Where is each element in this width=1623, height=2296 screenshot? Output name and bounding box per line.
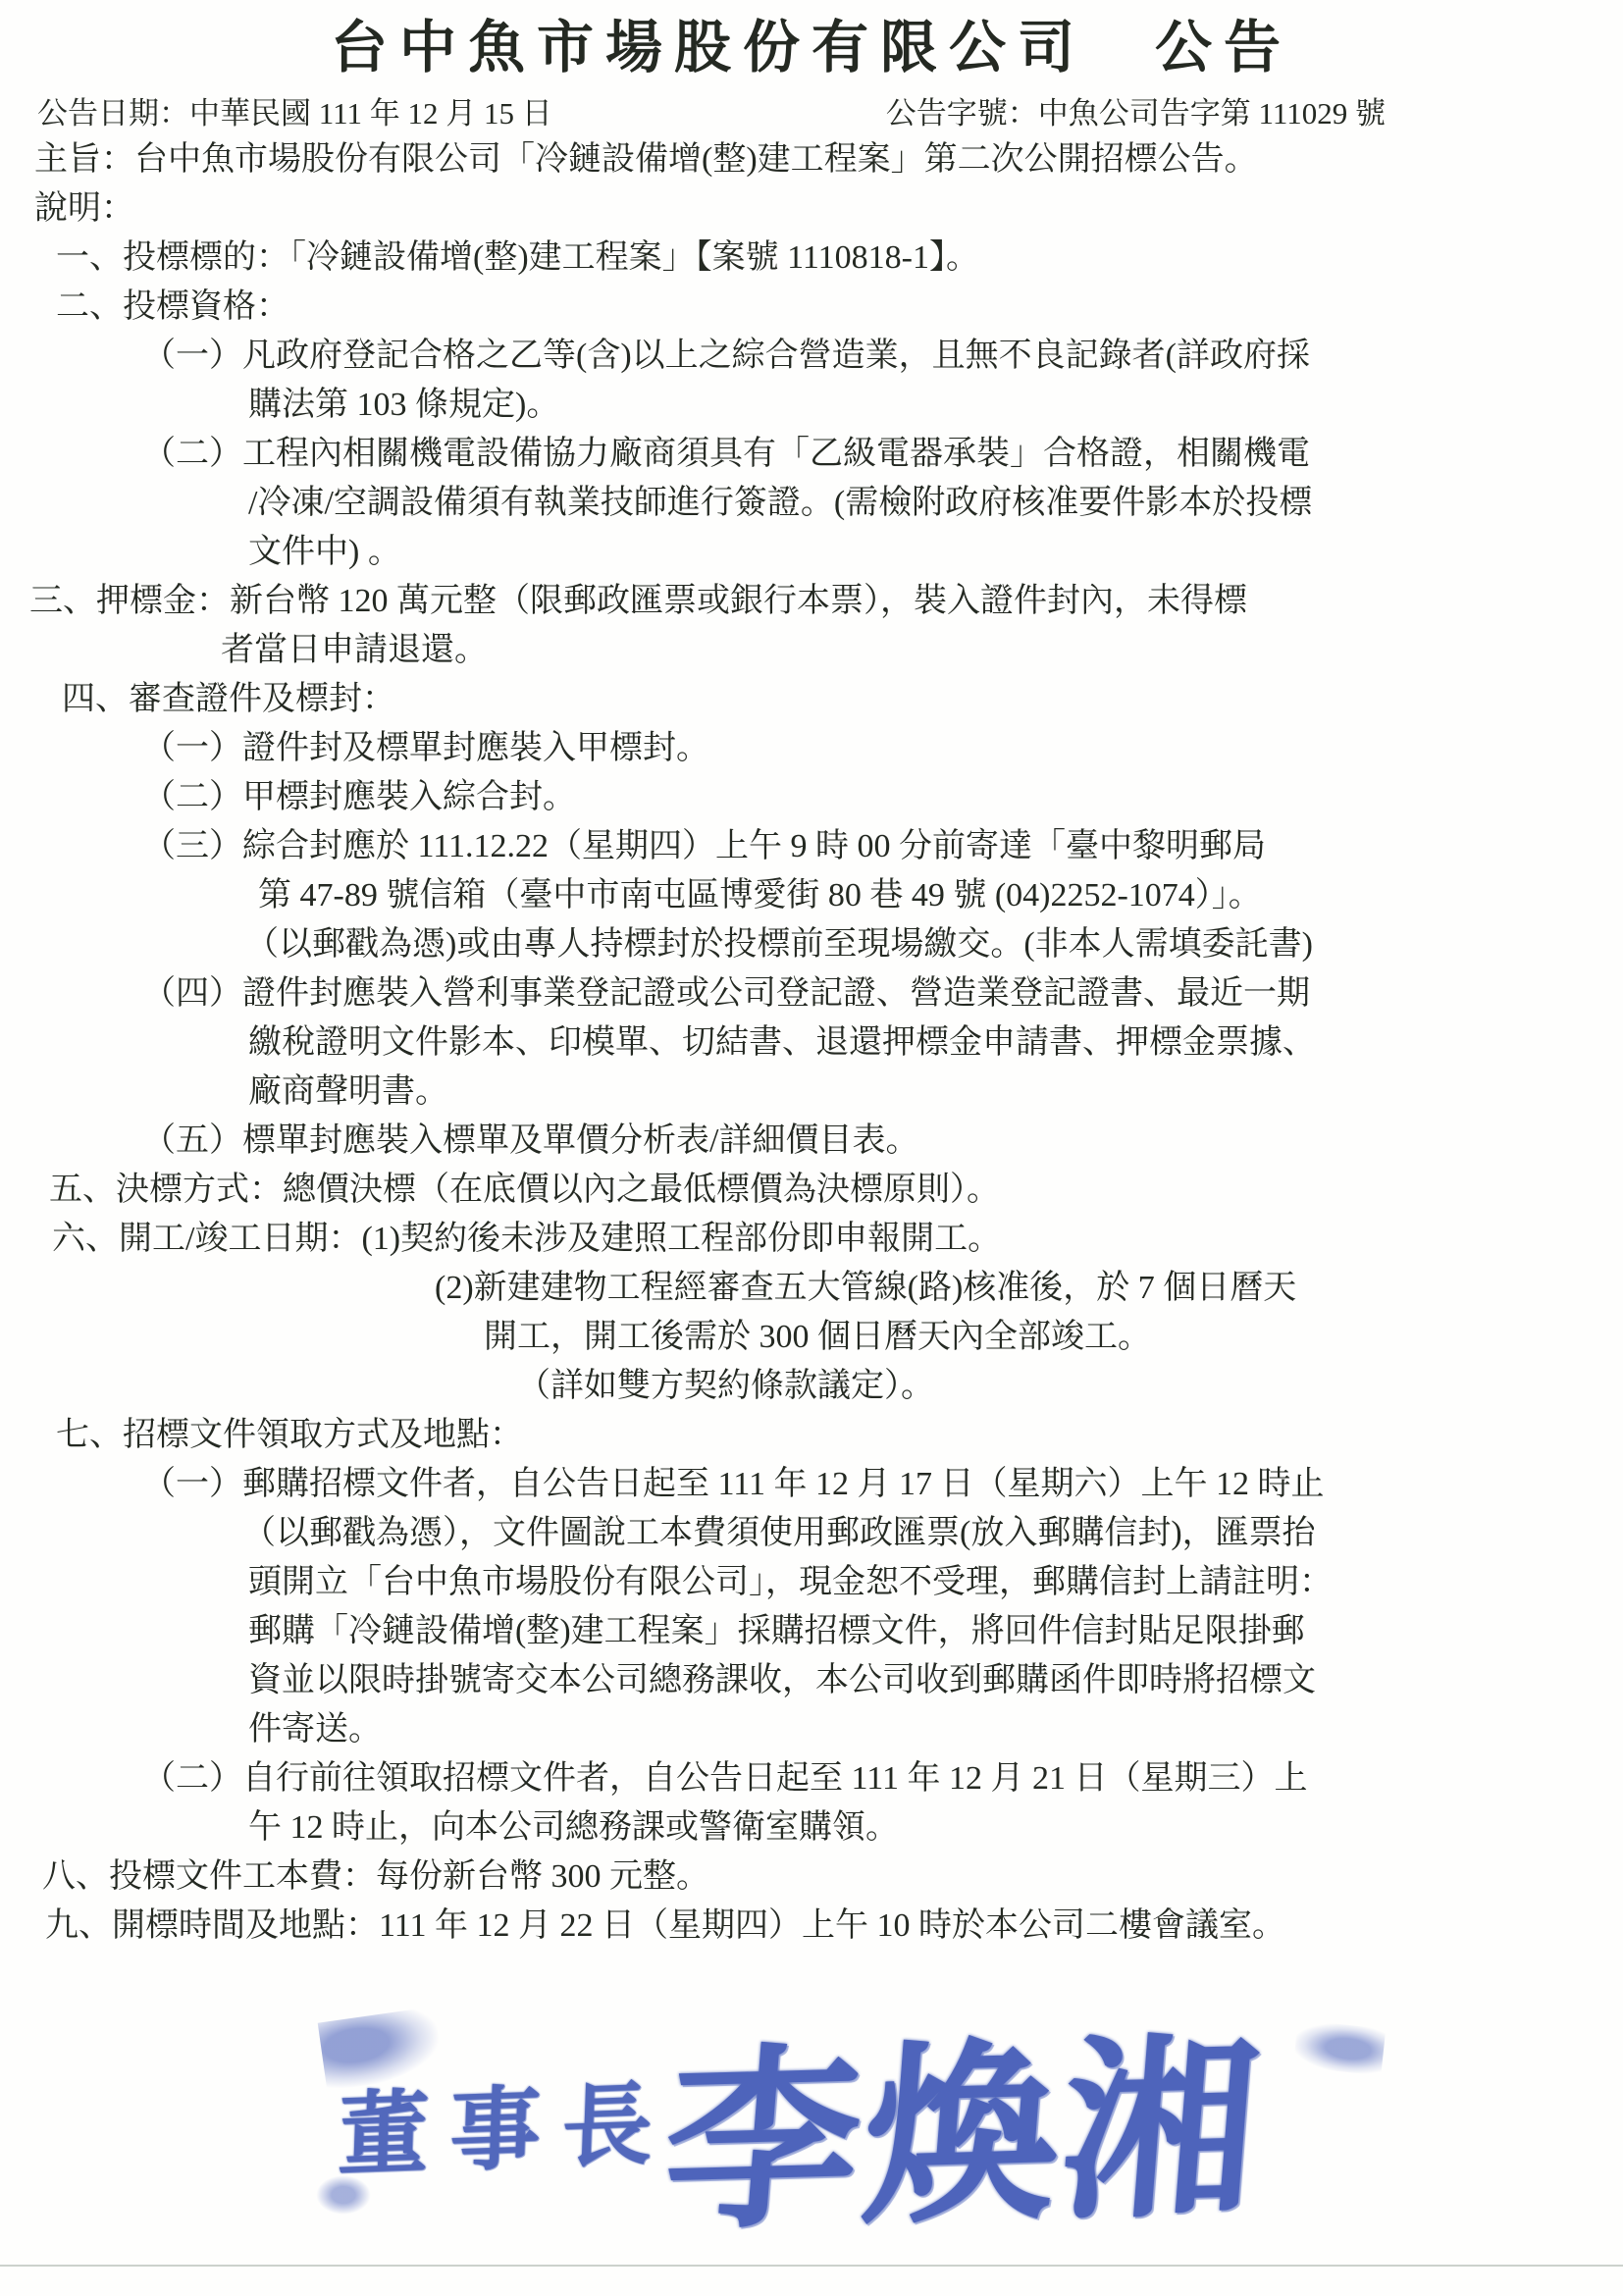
doc-line-item-4-4: （四）證件封應裝入營利事業登記證或公司登記證、營造業登記證書、最近一期 [0, 969, 1623, 1018]
doc-line-item-2-1b: 購法第 103 條規定)。 [0, 381, 1623, 430]
stamp-chairman-name: 李煥湘 [656, 1971, 1273, 2268]
doc-line-item-1: 一、投標標的：「冷鏈設備增(整)建工程案」【案號 1110818-1】。 [0, 234, 1623, 283]
doc-line-item-8: 八、投標文件工本費：每份新台幣 300 元整。 [0, 1852, 1623, 1902]
doc-line-item-4-3: （三）綜合封應於 111.12.22（星期四）上午 9 時 00 分前寄達「臺中… [0, 822, 1623, 871]
announcement-document: 台中魚市場股份有限公司 公告 公告日期：中華民國 111 年 12 月 15 日… [0, 0, 1623, 2296]
chairman-stamp: 董事長 李煥湘 [314, 1997, 1413, 2271]
doc-line-item-4-3b: 第 47-89 號信箱（臺中市南屯區博愛街 80 巷 49 號 (04)2252… [0, 871, 1623, 920]
doc-line-item-6: 六、開工/竣工日期：(1)契約後未涉及建照工程部份即申報開工。 [0, 1215, 1623, 1264]
doc-line-item-4-4c: 廠商聲明書。 [0, 1068, 1623, 1117]
doc-line-item-3: 三、押標金：新台幣 120 萬元整（限郵政匯票或銀行本票），裝入證件封內，未得標 [0, 577, 1623, 626]
doc-line-item-7: 七、招標文件領取方式及地點： [0, 1411, 1623, 1460]
doc-line-item-2-2: （二）工程內相關機電設備協力廠商須具有「乙級電器承裝」合格證，相關機電 [0, 430, 1623, 479]
doc-line-item-2-2b: /冷凍/空調設備須有執業技師進行簽證。(需檢附政府核准要件影本於投標 [0, 479, 1623, 528]
stamp-smudge-icon [1293, 2019, 1387, 2075]
doc-line-item-4-4b: 繳稅證明文件影本、印模單、切結書、退還押標金申請書、押標金票據、 [0, 1018, 1623, 1068]
doc-line-item-7-2: （二）自行前往領取招標文件者，自公告日起至 111 年 12 月 21 日（星期… [0, 1754, 1623, 1803]
doc-line-item-7-1f: 件寄送。 [0, 1705, 1623, 1754]
doc-line-item-3b: 者當日申請退還。 [0, 626, 1623, 675]
doc-line-item-4-2: （二）甲標封應裝入綜合封。 [0, 773, 1623, 822]
doc-line-item-7-1: （一）郵購招標文件者，自公告日起至 111 年 12 月 17 日（星期六）上午… [0, 1460, 1623, 1509]
doc-line-item-4-1: （一）證件封及標單封應裝入甲標封。 [0, 724, 1623, 773]
meta-row: 公告日期：中華民國 111 年 12 月 15 日 公告字號：中魚公司告字第 1… [0, 86, 1623, 133]
doc-line-item-4-3c: （以郵戳為憑)或由專人持標封於投標前至現場繳交。(非本人需填委託書) [0, 920, 1623, 969]
stamp-smudge-icon [318, 2007, 445, 2091]
stamp-smudge-icon [316, 2175, 371, 2215]
announcement-number: 公告字號：中魚公司告字第 111029 號 [886, 88, 1386, 132]
document-body: 主旨：台中魚市場股份有限公司「冷鏈設備增(整)建工程案」第二次公開招標公告。 說… [0, 135, 1623, 1951]
doc-line-item-7-1d: 郵購「冷鏈設備增(整)建工程案」採購招標文件，將回件信封貼足限掛郵 [0, 1607, 1623, 1656]
scan-edge-line [0, 2265, 1623, 2267]
doc-line-item-7-1e: 資並以限時掛號寄交本公司總務課收，本公司收到郵購函件即時將招標文 [0, 1656, 1623, 1705]
doc-line-item-7-2b: 午 12 時止，向本公司總務課或警衛室購領。 [0, 1803, 1623, 1852]
doc-line-item-6-2: (2)新建建物工程經審查五大管線(路)核准後，於 7 個日曆天 [0, 1264, 1623, 1313]
doc-line-item-7-1c: 頭開立「台中魚市場股份有限公司」，現金恕不受理，郵購信封上請註明： [0, 1558, 1623, 1607]
doc-line-item-6-2c: （詳如雙方契約條款議定）。 [0, 1362, 1623, 1411]
doc-line-item-9: 九、開標時間及地點：111 年 12 月 22 日（星期四）上午 10 時於本公… [0, 1902, 1623, 1951]
announcement-date: 公告日期：中華民國 111 年 12 月 15 日 [37, 88, 552, 132]
doc-line-item-6-2b: 開工，開工後需於 300 個日曆天內全部竣工。 [0, 1313, 1623, 1362]
doc-line-item-2: 二、投標資格： [0, 283, 1623, 332]
doc-line-subject: 主旨：台中魚市場股份有限公司「冷鏈設備增(整)建工程案」第二次公開招標公告。 [0, 135, 1623, 184]
doc-line-item-2-1: （一）凡政府登記合格之乙等(含)以上之綜合營造業，且無不良記錄者(詳政府採 [0, 332, 1623, 381]
stamp-chairman-title: 董事長 [337, 2052, 676, 2193]
document-title: 台中魚市場股份有限公司 公告 [0, 10, 1623, 86]
doc-line-explanation: 說明： [0, 184, 1623, 234]
doc-line-item-4-5: （五）標單封應裝入標單及單價分析表/詳細價目表。 [0, 1117, 1623, 1166]
doc-line-item-2-2c: 文件中) 。 [0, 528, 1623, 577]
doc-line-item-4: 四、審查證件及標封： [0, 675, 1623, 724]
doc-line-item-5: 五、決標方式：總價決標（在底價以內之最低標價為決標原則）。 [0, 1166, 1623, 1215]
doc-line-item-7-1b: （以郵戳為憑），文件圖說工本費須使用郵政匯票(放入郵購信封)，匯票抬 [0, 1509, 1623, 1558]
